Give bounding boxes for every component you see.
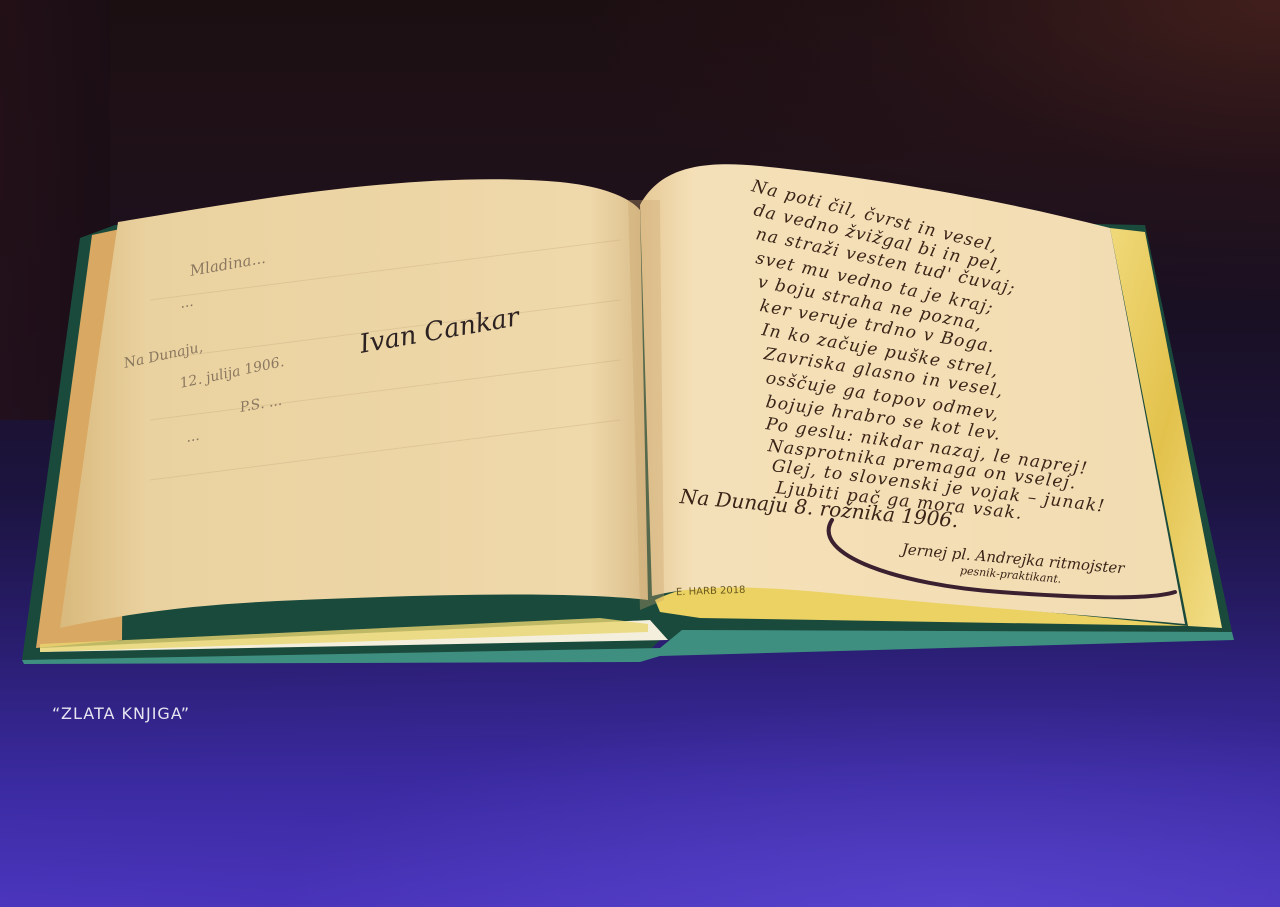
left-postscript-2: ... xyxy=(185,428,201,446)
left-note-line-2: ... xyxy=(179,294,195,312)
open-book xyxy=(0,0,1280,907)
left-page xyxy=(60,179,648,628)
exhibit-caption: “ZLATA KNJIGA” xyxy=(52,704,190,723)
